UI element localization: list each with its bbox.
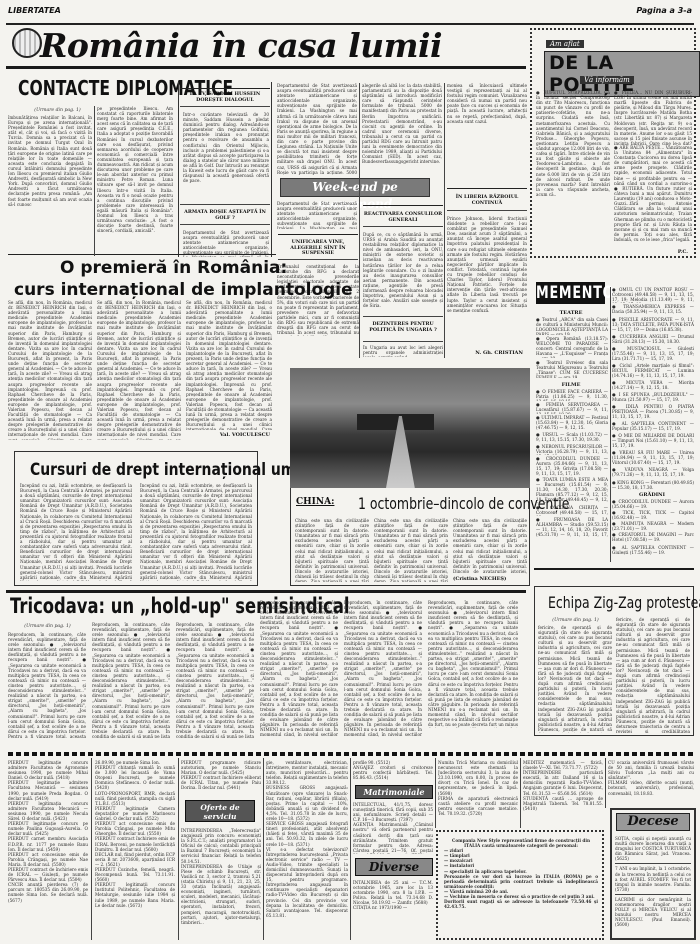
new-style-ad: Compania New Style reprezentând firme de… [444, 838, 598, 938]
classified-ad: PIERDUT contract închiriere emis de ICRA… [95, 836, 175, 851]
article-china-col2: China este una din civilizațiile științi… [374, 518, 448, 582]
teatre-item: ● Teatrul Evreiesc din sala Teatrului Mă… [536, 360, 608, 378]
classified-ad: CNCIR anunță pierderea (7) de parcurs nr… [8, 882, 88, 902]
memento-title: MEMENTO [536, 282, 605, 304]
kicker-china: CHINA: [296, 497, 334, 507]
film-item: ● Ciclul „Artele marțiale și filmul": BI… [612, 363, 694, 379]
oferte-serviciu-banner: Oferte de serviciu [185, 800, 255, 822]
headline-dezinteres: DEZINTERES PENTRU POLITICĂ ÎN UNGARIA ? [363, 322, 443, 333]
article-cursuri-col2: Începând cu azi, întâi octombrie, se des… [140, 483, 252, 581]
politie-item-4: ● ARE BALTA PEȘTE... Vânzătoarea la Unit… [614, 145, 692, 185]
teatre-item: ● Opera Română (13.18.57): WELCOME TO PA… [536, 336, 608, 358]
classified-ad: PIERDUT programare ridicare autoturism, … [181, 760, 261, 775]
divider [180, 224, 270, 225]
classified-ad: ÎNTÂLNIREA de 25 ani — T.C.M. octombrie … [353, 880, 433, 905]
divider [615, 894, 691, 895]
photo-building [357, 414, 434, 431]
divider [8, 254, 276, 255]
article-col3-top: alegerile să aibă loc la data stabilită,… [362, 83, 442, 175]
film-item: ● I SE SPUNEA „BULDOZERUL" — Munca (21.5… [612, 392, 694, 403]
ad-contact: Doritorii sunt rugați să se adreseze la … [444, 899, 598, 909]
classified-ad: PIERDUT act concesiune emis de Parohia C… [8, 852, 88, 867]
gradina-item: ● CROCODILUL DUNDEE — Aurora (35.04.66) … [612, 499, 694, 509]
column-rule [94, 106, 95, 256]
article-cursuri-col1: Începând cu azi, întâi octombrie, se des… [20, 483, 132, 581]
classified-ad: PIERDUT act concesiune emis de Parohia C… [95, 821, 175, 836]
divider [615, 863, 691, 864]
classified-ad: gie, ventilatoare, electrician, întrețin… [266, 760, 348, 785]
headline-premiera-line2: curs internațional de implantologie [14, 280, 353, 300]
divider [363, 226, 443, 227]
ad-requirements: Persoanele ce vor dori să lucreze în ITA… [444, 874, 598, 889]
column-rule [350, 758, 351, 940]
continuation-note: (Urmare din pag. 1) [538, 618, 613, 623]
classified-ad: PIERDUT legitimație Camera deputaților p… [95, 806, 175, 821]
classified-ad: ÎNTREPRINDERE particulară execută, în at… [523, 770, 603, 795]
article-china-col1: China este una din civilizațiile științi… [295, 518, 369, 582]
article-saddam: Într-o cuvântare televizată de 30 minute… [183, 112, 269, 200]
classified-ad: PIERDUT carnet membru Asociația F.D.P.R.… [8, 836, 88, 851]
article-zigzag-col2: fericire, de speranță și de siguranță (î… [616, 617, 690, 733]
column-rule [610, 287, 611, 562]
divider [278, 234, 358, 235]
article-zigzag-col1: fericire, de speranță și de siguranță (î… [538, 625, 612, 733]
weekend-banner: Week-end pe mapamond [280, 178, 430, 197]
politie-item-1: ● BUFETUL SURPRIZELOR. Că în incinta sec… [536, 90, 610, 255]
page-number: Pagina a 3-a [636, 6, 692, 15]
divider [180, 106, 270, 107]
headline-saddam: LA TV, SADDAM HUSSEIN DOREȘTE DIALOGUL [181, 92, 269, 103]
diverse-ads: ÎNTÂLNIREA de 25 ani — T.C.M. octombrie … [353, 880, 433, 940]
globe-icon [12, 28, 42, 58]
film-item: ● OMUL CU UN PANTOF ROȘU — Cotroceni (49… [612, 287, 694, 303]
film-item: ● IDILĂ PENTRU O PIATRĂ PREȚIOASĂ — Pace… [612, 404, 694, 420]
teatre-item: ● Teatrul „ARCA" din sala Casei de cultu… [536, 317, 608, 335]
article-tricodava-col5: Reproducem, în continuare, câte revendic… [344, 600, 422, 738]
article-col4-top: moniea să înlocuiască ultimele vestigii … [447, 83, 527, 175]
article-armata-rosie-end: Departamentul de Stat avertizează asupra… [277, 201, 357, 229]
column-rule [359, 83, 360, 358]
column-rule [435, 758, 436, 828]
classified-ad: DECLAR nul, fiind pierdut, ordin ECP ser… [95, 852, 175, 867]
classified-ad: PIERDUT legitimații concurs Institutul P… [95, 882, 175, 907]
classified-ad: PIERDUT legitimație admitere Facultatea … [8, 780, 88, 800]
obituary: 7 ANI s-au împlinit, la 1 octombrie, de … [615, 866, 691, 891]
matrimoniale-banner: Matrimoniale [355, 785, 433, 799]
article-premiera-col1: Se află, din nou, în România, medicul dr… [8, 300, 92, 440]
classified-ad: PIERDUT chitanță vamală în sumă de 3.000… [95, 765, 175, 790]
divider [447, 210, 527, 211]
divider [180, 204, 270, 205]
film-item: ● URSUL — Scala (11.03.72) — 9, 11, 13, … [536, 432, 608, 443]
politie-item-3: ● PIELEA... NU DIN ȘURUBURI-LOR! În ulti… [614, 90, 692, 145]
classified-column-4: gie, ventilatoare, electrician, întrețin… [266, 760, 348, 940]
classified-column-2: 26.09.90, pe numele Sima Ion. PIERDUT ch… [95, 760, 175, 940]
banner-divider [6, 66, 526, 69]
article-tricodava-col1: Reproducem, în continuare, câte revendic… [8, 632, 86, 738]
article-contacte-col1: îmbunătățirea relațiilor în Balcani, în … [8, 115, 92, 257]
film-item: ● CROCODILUL DUNDEE — Aurora (35.04.66) … [536, 456, 608, 476]
column-rule [178, 758, 179, 940]
politie-kicker: Am aflat [546, 40, 584, 48]
decese-banner: Decese [616, 813, 690, 831]
headline-premiera-line1: O premieră în România: [60, 258, 287, 278]
classified-column-1: PIERDUT legitimație concurs admitere Fac… [8, 760, 88, 940]
film-item: ● FRUMOASA DE LA ALHAMBRA — Studio (59.5… [536, 517, 608, 537]
article-contacte-col2: pe președintele Iliescu. Am constatat că… [97, 106, 173, 257]
divider [363, 205, 443, 206]
film-item: ● AL ȘAPTELEA CONTINENT — Popular (35.15… [612, 421, 694, 432]
column-rule [520, 758, 521, 828]
classified-column-3-bottom: ÎNTREPRINDEREA „Telerecreația" angajează… [181, 828, 261, 940]
classified-ad: INTELECTUAL, 41/1,75, doresc cunoștință … [353, 802, 433, 822]
classified-ad: ÎNTREPRINDEREA „Telerecreația" angajează… [181, 828, 261, 864]
classified-ad: MEDITEZ matematică — fizică, clasele V—X… [523, 760, 603, 770]
film-item: ● VREAU SĂ FIU MARE — Unirea (11.84.94) … [612, 450, 694, 466]
gradina-item: ● TICK, TICK, TICK — Capitol (16.92.48) … [612, 510, 694, 520]
film-item: ● KING KONG — Ferentari (80.49.85) — 15.… [612, 480, 694, 491]
memento-bottom-rule [534, 568, 694, 570]
divider [447, 188, 527, 189]
article-tricodava-col2: Reproducem, în continuare, câte revendic… [92, 622, 170, 738]
decese-ads: SOȚIA, copiii și nepoții anunță cu multă… [615, 836, 691, 936]
classified-ad: ANGAJEZ croitori și croitoreze pentru co… [353, 765, 433, 780]
column-rule [444, 83, 445, 358]
byline-china: (Cristina NECHEȘ) [453, 576, 527, 582]
classified-column-3-top: PIERDUT programare ridicare autoturism, … [181, 760, 261, 796]
divider [278, 259, 358, 260]
byline-premiera: Val. VOICULESCU [186, 432, 270, 438]
article-dezinteres: În Ungaria au avut loc ieri alegeri pent… [363, 345, 443, 357]
column-rule [263, 758, 264, 940]
article-reactivarea: După ce, cu o săptămână în urmă, URSS și… [363, 232, 443, 307]
gradini-label: GRĂDINI [612, 492, 692, 498]
classified-ad: SERVICE GROSS angajează fotografi tineri… [266, 821, 348, 846]
classified-ad: STUDENTĂ caută ... aproape de Magistrală… [523, 796, 603, 811]
obituary: SOȚIA, copiii și nepoții anunță cu multă… [615, 836, 691, 861]
article-tricodava-col3: Reproducem, în continuare, câte revendic… [176, 622, 254, 738]
classified-ad: PIERDUT legitimație concurs pe numele Pa… [8, 821, 88, 836]
film-item: ● ULTIMUL ÎMPĂRAT — Festival (15.63.84) … [536, 415, 608, 431]
classified-ad: CITAȚIA nr. 1973/1990 — [353, 905, 433, 910]
classified-column-6-top: Numita Trică Mariana cu domiciliul necun… [438, 760, 518, 832]
section-divider [6, 590, 526, 593]
classified-ad: ÎNTREPRINDEREA de Utilaje și Piese de sc… [181, 864, 261, 925]
byline-liberia: N. Gh. CRISTIAN [447, 350, 523, 356]
article-liberia: Prince Johnson, liderul fracțiunii disid… [447, 216, 527, 340]
film-item: ● TRANSAMERICA EXPRESS — Dacia (50.35.94… [612, 304, 694, 316]
article-armata-rosie-start: Departamentul de Stat avertizează asupra… [183, 230, 269, 257]
politie-item-5: ● RUTIERĂ. Un fluture rutier și câteva b… [614, 186, 692, 246]
paper-name: LIBERTATEA [8, 6, 61, 15]
politie-subtitle: Vă informăm [580, 76, 634, 84]
matrimoniale-ads: INTELECTUAL, 41/1,75, doresc cunoștință … [353, 802, 433, 854]
film-item: ● CUCERIREA ANGLIEI — Drumul Sării (31.2… [612, 334, 694, 345]
classified-ad: LOTO-PRONOSPORT, RMR, declară nulă, fiin… [95, 791, 175, 806]
classified-ad: AGENȚIA Matrimonială „Căminul nostru" vă… [353, 822, 433, 854]
article-armata-rosie-cont: Departamentul de Stat avertizează asupra… [277, 83, 357, 175]
classified-ad: CU ocazia aniversării frumoasei vârste d… [608, 760, 694, 780]
classifieds-divider [8, 752, 696, 756]
classified-ad: PIERDUT Cozinche, femelă, neagră. Recomp… [95, 867, 175, 882]
headline-liberia: ÎN LIBERIA RĂZBOIUL CONTINUĂ [447, 195, 527, 206]
film-item: ● MICUȚA VERA — Miorița (14.27.14) — 9, … [612, 380, 694, 391]
continuation-note: (Urmare din pag. 1) [10, 624, 85, 629]
film-item: ● NERONUL PESCĂRUȘILOR — Victoria (16.28… [536, 444, 608, 455]
classified-ad: FILMARI video, diferite ocazii (nunți, b… [608, 780, 694, 795]
classified-ad: PIERDUT contract închiriere eliberat de … [181, 775, 261, 790]
film-item: ● MUSTACIOSUL — Giulești (17.55.46) — 9,… [612, 346, 694, 362]
article-unificarea: Tribunalul constituțional de la Karlsruh… [277, 264, 359, 336]
obituary: LACRIMI și dor nemărginit la comemorarea… [615, 897, 691, 928]
film-item: ● O FEMEIE FACE CARIERĂ — Patria (11.86.… [536, 389, 608, 401]
article-premiera-col2: Se află, din nou, în România, medicul dr… [97, 300, 181, 440]
film-item: ● O MIE DE MILIARDE DE DOLARI — Timpuri … [612, 433, 694, 449]
section-banner-title: România în casa lumii [40, 26, 442, 65]
column-rule [91, 758, 92, 940]
headline-armata-rosie: ARMATA ROȘIE AȘTEAPTĂ ÎN GOLF ? [181, 210, 269, 221]
politie-byline: P.C. [614, 249, 688, 255]
divider [363, 341, 443, 342]
continuation-note: (Urmare din pag. 1) [20, 108, 95, 113]
classified-column-8-top: CU ocazia aniversării frumoasei vârste d… [608, 760, 694, 796]
film-item: ● TOATĂ LUMEA ESTE A MEA — București (15… [536, 477, 608, 503]
divider [363, 316, 443, 317]
article-tricodava-col4: Reproducem, în continuare, câte revendic… [260, 600, 338, 738]
headline-unificarea: UNIFICAREA VINE, ALEGERILE SÎNT ÎN SUSPE… [278, 240, 358, 257]
article-tricodava-col6: Reproducem, în continuare, câte revendic… [428, 600, 518, 728]
divider [180, 88, 270, 89]
diverse-banner: Diverse [355, 858, 433, 876]
china-photo [290, 368, 530, 488]
classified-column-5-top: profile 90. (5512) ANGAJEZ croitori și c… [353, 760, 433, 782]
classified-column-7-top: MEDITEZ matematică — fizică, clasele V—X… [523, 760, 603, 832]
classified-ad: PIERDUT legitimație concurs admitere Fac… [8, 760, 88, 780]
teatre-label: TEATRE [536, 310, 606, 316]
headline-reactivarea: REACTIVAREA CONSULILOR GENERALI [363, 212, 443, 223]
article-china-col3: China este una din civilizațiile științi… [453, 518, 527, 574]
headline-zigzag: Echipa Zig-Zag protestează [548, 593, 700, 612]
gradina-item: ● MAIMUȚA NEAGRĂ — Modern (23.71.01) — 1… [612, 521, 694, 531]
film-item: ● PISICILE ARISTOCRATE — 9, 11, 13; TATA… [612, 317, 694, 333]
film-item: ● COCOANA CHIRIȚA — Cotroceni (49.48.58)… [536, 505, 608, 516]
classified-ad: VI s-a defectat televizorul? Întreprinde… [266, 847, 348, 918]
gradina-item: ● AL ȘAPTELEA CONTINENT — Giulești (17.5… [612, 545, 694, 555]
gradina-item: ● CREATORUL DE IMAGINI — Parc Hotel (17.… [612, 532, 694, 542]
classified-ad: FIRMA de aparatură electronică caută ate… [438, 796, 518, 816]
ad-intro: Compania New Style reprezentând firme de… [444, 838, 598, 848]
filme-label: FILME [536, 382, 606, 388]
classified-ad: PIERDUT legitimația concurs admitere Fac… [8, 801, 88, 821]
film-item: ● FEMEIA SERVITOAREA — Luceafărul (15.87… [536, 402, 608, 414]
article-premiera-col3: Se află, din nou, în România, medicul dr… [186, 300, 272, 430]
classified-ad: BUSINESS GROSS angajează: vânzătoare (sp… [266, 785, 348, 821]
column-rule [605, 758, 606, 808]
classified-ad: PIERDUT contract de închiriere emis de I… [8, 867, 88, 882]
classified-ad: Numita Trică Mariana cu domiciliul necun… [438, 760, 518, 796]
film-item: ● VĂDUVA NEAGRĂ — Volga (79.71.26) — 9, … [612, 467, 694, 478]
masthead-divider [6, 23, 694, 25]
